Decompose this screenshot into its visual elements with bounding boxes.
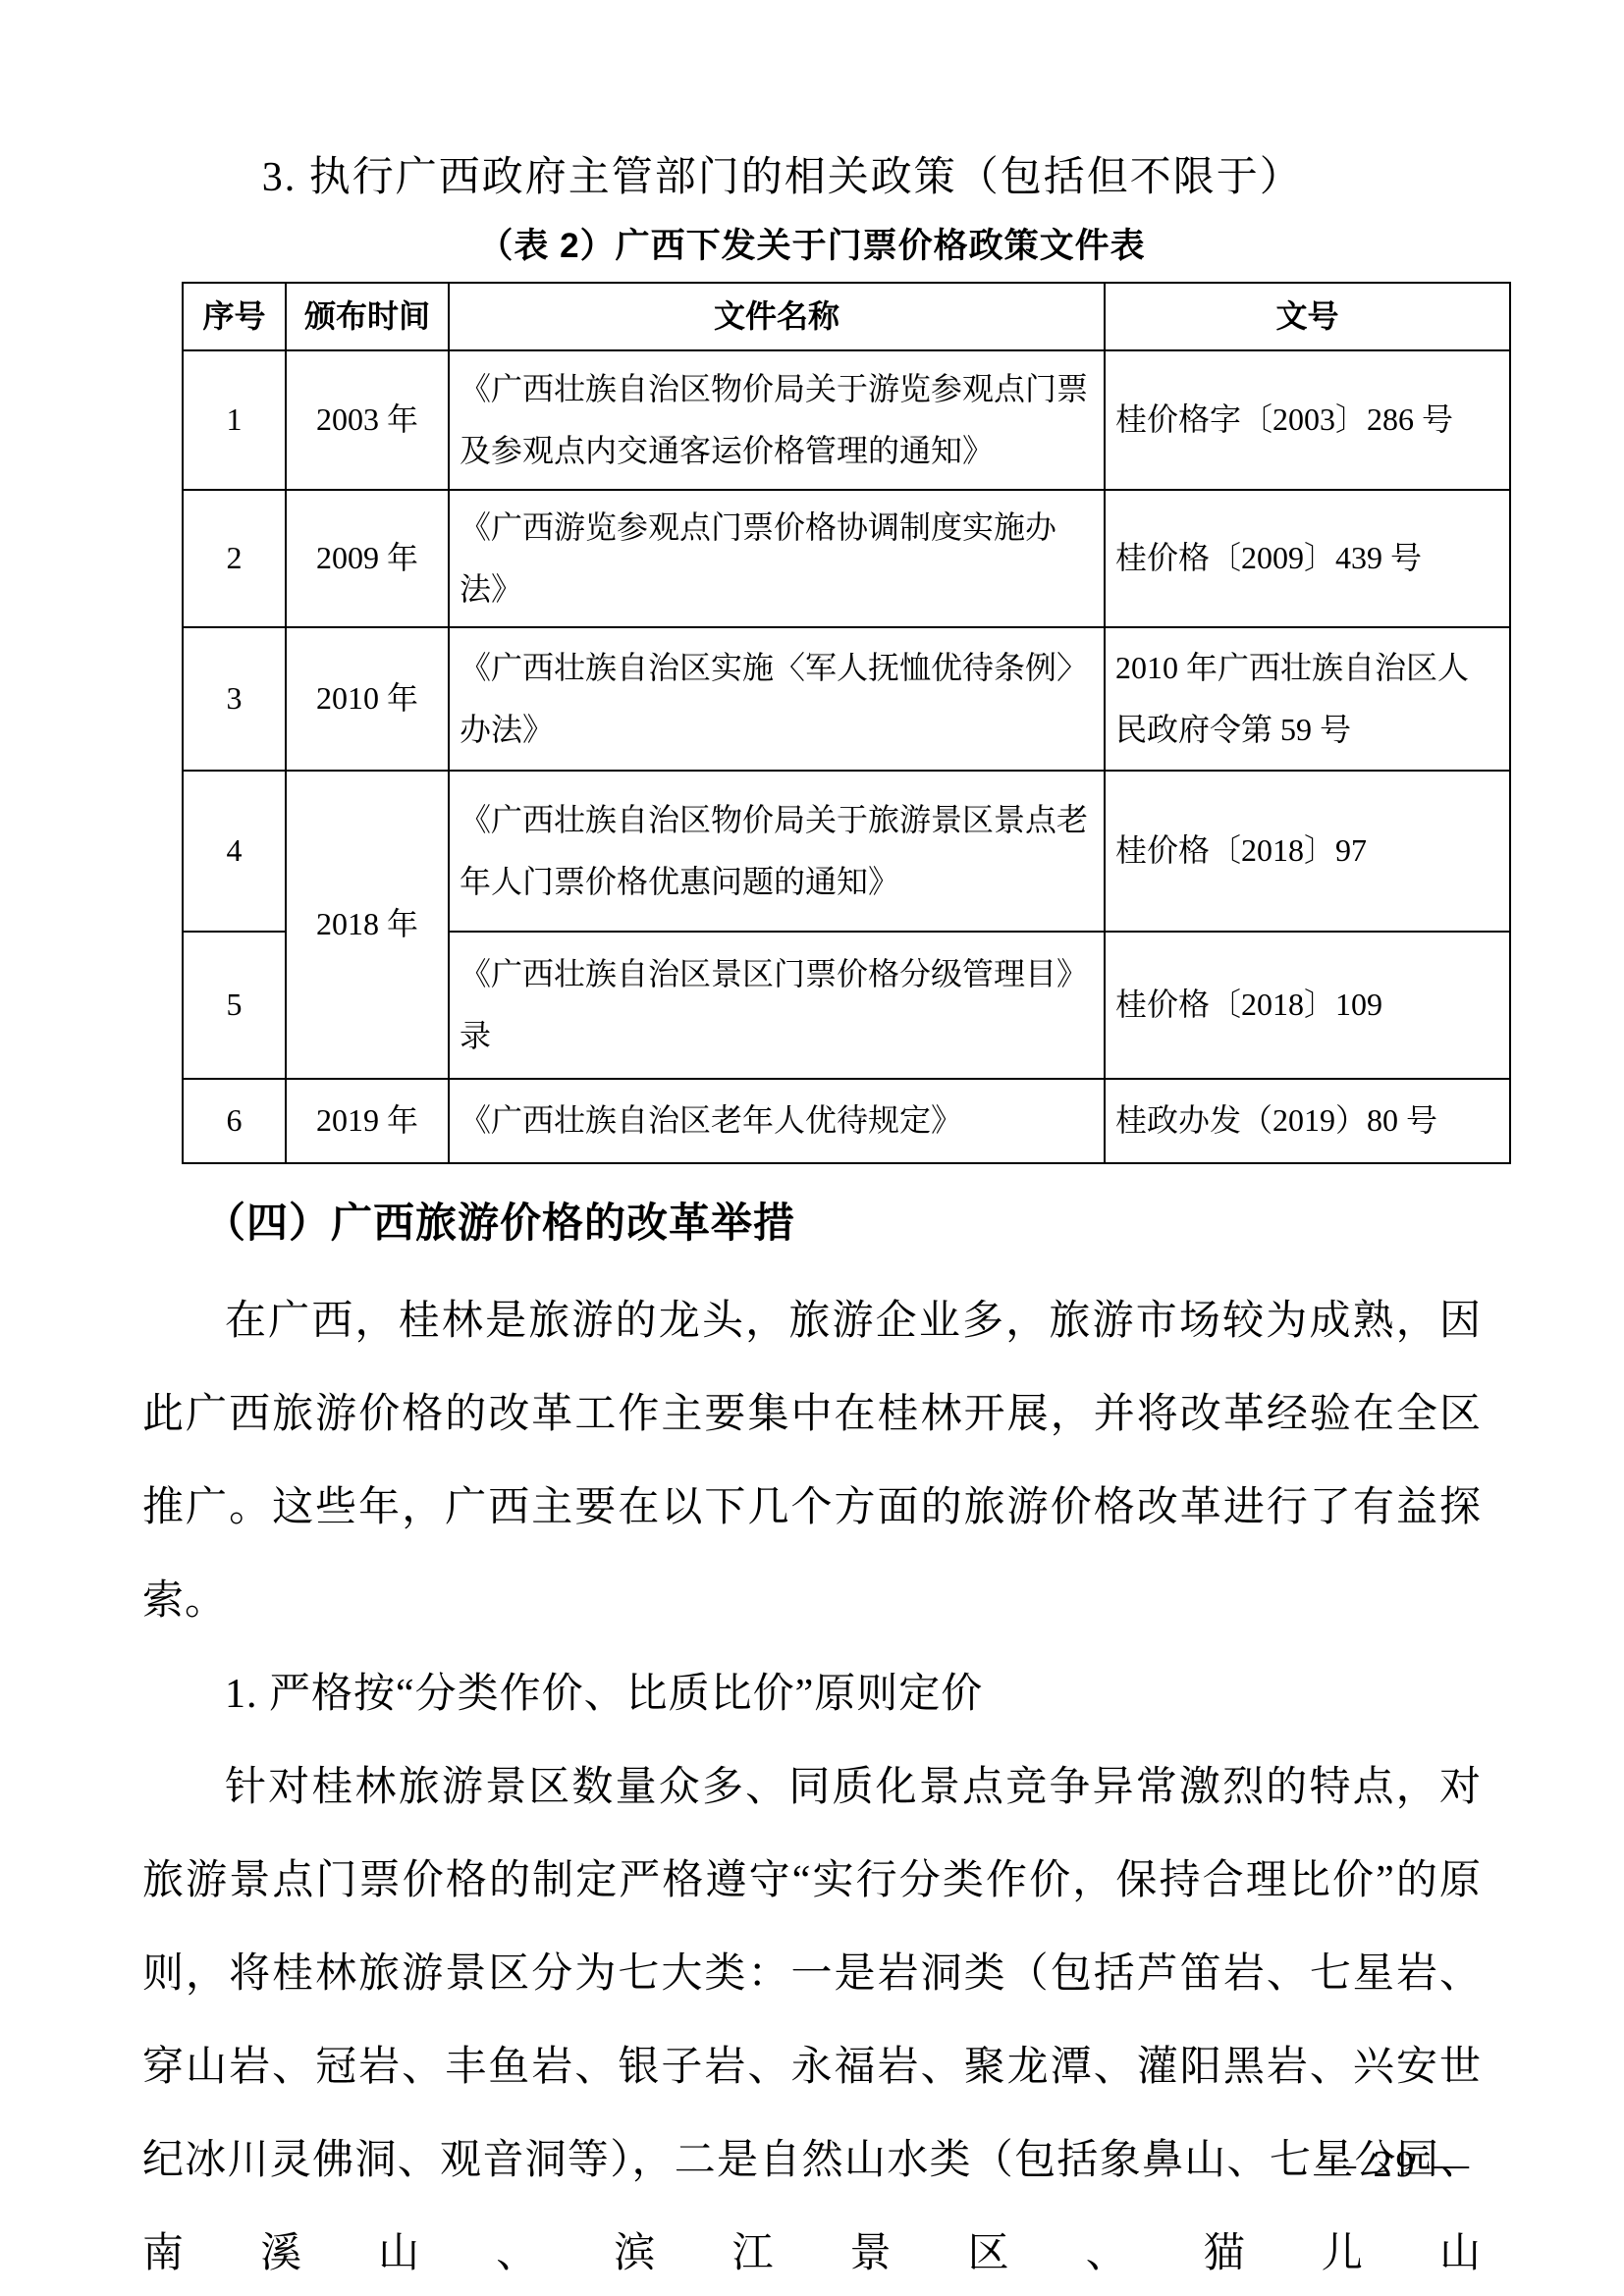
table-row: 6 2019 年 《广西壮族自治区老年人优待规定》 桂政办发（2019）80 号 bbox=[183, 1079, 1510, 1163]
cell-year-merged: 2018 年 bbox=[286, 771, 449, 1079]
header-serial: 序号 bbox=[183, 283, 286, 349]
cell-serial: 2 bbox=[183, 490, 286, 627]
cell-doc-name: 《广西壮族自治区实施〈军人抚恤优待条例〉办法》 bbox=[449, 627, 1105, 771]
header-year: 颁布时间 bbox=[286, 283, 449, 349]
table-header-row: 序号 颁布时间 文件名称 文号 bbox=[183, 283, 1510, 349]
policy-documents-table: 序号 颁布时间 文件名称 文号 1 2003 年 《广西壮族自治区物价局关于游览… bbox=[182, 282, 1511, 1163]
table-title: （表 2）广西下发关于门票价格政策文件表 bbox=[142, 219, 1482, 268]
cell-year: 2003 年 bbox=[286, 350, 449, 490]
heading-section-4: （四）广西旅游价格的改革举措 bbox=[142, 1190, 1482, 1259]
cell-doc-name: 《广西壮族自治区物价局关于旅游景区景点老年人门票价格优惠问题的通知》 bbox=[449, 771, 1105, 932]
header-doc-name: 文件名称 bbox=[449, 283, 1105, 349]
cell-serial: 3 bbox=[183, 627, 286, 771]
sub-heading-1: 1. 严格按“分类作价、比质比价”原则定价 bbox=[142, 1648, 1482, 1741]
heading-item-3: 3. 执行广西政府主管部门的相关政策（包括但不限于） bbox=[142, 145, 1482, 211]
cell-year: 2019 年 bbox=[286, 1079, 449, 1163]
cell-serial: 4 bbox=[183, 771, 286, 932]
cell-doc-number: 桂价格〔2018〕97 bbox=[1105, 771, 1510, 932]
page-number: — 29 — bbox=[1319, 2143, 1473, 2186]
cell-doc-number: 桂价格〔2009〕439 号 bbox=[1105, 490, 1510, 627]
cell-serial: 6 bbox=[183, 1079, 286, 1163]
cell-serial: 5 bbox=[183, 932, 286, 1079]
cell-doc-number: 桂价格字〔2003〕286 号 bbox=[1105, 350, 1510, 490]
cell-doc-name: 《广西壮族自治区老年人优待规定》 bbox=[449, 1079, 1105, 1163]
cell-year: 2010 年 bbox=[286, 627, 449, 771]
table-row: 3 2010 年 《广西壮族自治区实施〈军人抚恤优待条例〉办法》 2010 年广… bbox=[183, 627, 1510, 771]
header-doc-number: 文号 bbox=[1105, 283, 1510, 349]
cell-doc-number: 2010 年广西壮族自治区人民政府令第 59 号 bbox=[1105, 627, 1510, 771]
cell-doc-number: 桂价格〔2018〕109 bbox=[1105, 932, 1510, 1079]
table-row: 4 2018 年 《广西壮族自治区物价局关于旅游景区景点老年人门票价格优惠问题的… bbox=[183, 771, 1510, 932]
table-row: 1 2003 年 《广西壮族自治区物价局关于游览参观点门票及参观点内交通客运价格… bbox=[183, 350, 1510, 490]
cell-doc-name: 《广西壮族自治区景区门票价格分级管理目》录 bbox=[449, 932, 1105, 1079]
paragraph: 针对桂林旅游景区数量众多、同质化景点竞争异常激烈的特点，对旅游景点门票价格的制定… bbox=[142, 1741, 1482, 2296]
cell-doc-name: 《广西游览参观点门票价格协调制度实施办法》 bbox=[449, 490, 1105, 627]
cell-doc-number: 桂政办发（2019）80 号 bbox=[1105, 1079, 1510, 1163]
cell-year: 2009 年 bbox=[286, 490, 449, 627]
table-row: 2 2009 年 《广西游览参观点门票价格协调制度实施办法》 桂价格〔2009〕… bbox=[183, 490, 1510, 627]
cell-serial: 1 bbox=[183, 350, 286, 490]
cell-doc-name: 《广西壮族自治区物价局关于游览参观点门票及参观点内交通客运价格管理的通知》 bbox=[449, 350, 1105, 490]
document-page: 3. 执行广西政府主管部门的相关政策（包括但不限于） （表 2）广西下发关于门票… bbox=[0, 0, 1624, 2296]
paragraph: 在广西，桂林是旅游的龙头，旅游企业多，旅游市场较为成熟，因此广西旅游价格的改革工… bbox=[142, 1275, 1482, 1648]
